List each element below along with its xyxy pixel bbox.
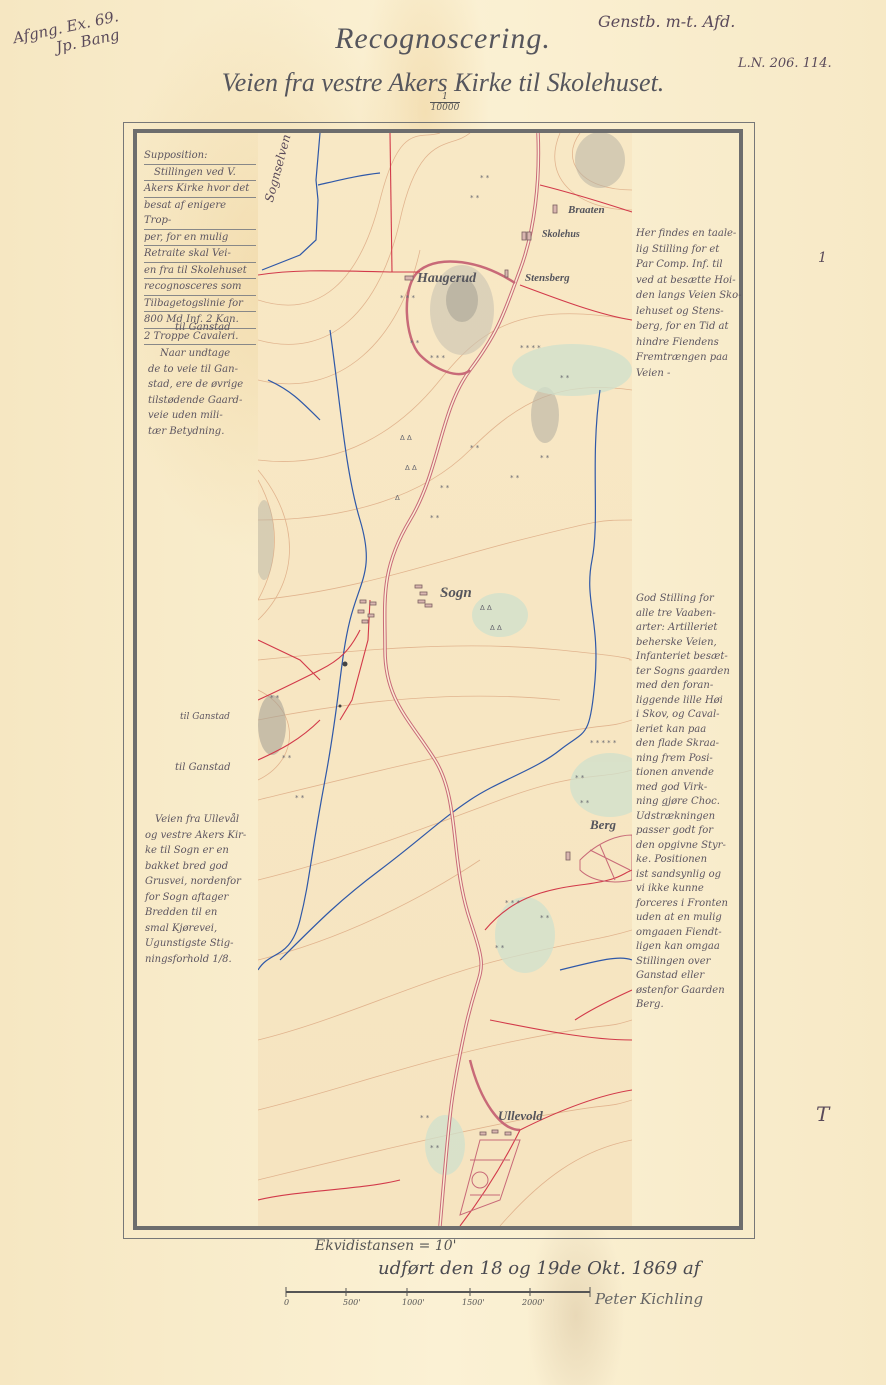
- note-line: ning gjøre Choc.: [636, 795, 742, 810]
- note-line: Par Comp. Inf. til: [636, 257, 742, 273]
- note-line: Bredden til en: [145, 905, 257, 921]
- svg-text:ᐃ ᐃ: ᐃ ᐃ: [480, 604, 492, 612]
- svg-text:ᐃ: ᐃ: [395, 494, 400, 502]
- rivers: [258, 133, 632, 970]
- note-line: lig Stilling for et: [636, 242, 742, 258]
- position-note-sogn: God Stilling for alle tre Vaaben- arter:…: [636, 592, 742, 1013]
- surveyor-signature: Peter Kichling: [595, 1290, 703, 1308]
- note-line: ved at besætte Hoi-: [636, 273, 742, 289]
- note-line: den langs Veien Sko-: [636, 288, 742, 304]
- note-line: Stillingen ved V.: [144, 165, 256, 182]
- note-line: den opgivne Styr-: [636, 839, 742, 854]
- svg-text:* *: * *: [510, 474, 520, 482]
- svg-text:ᐃ ᐃ: ᐃ ᐃ: [405, 464, 417, 472]
- note-line: tionen anvende: [636, 766, 742, 781]
- note-line: Fremtrængen paa: [636, 350, 742, 366]
- note-line: Ganstad eller: [636, 969, 742, 984]
- position-note-stensberg: Her findes en taale- lig Stilling for et…: [636, 226, 742, 381]
- place-label-sogn: Sogn: [440, 585, 472, 602]
- svg-text:* *: * *: [430, 514, 440, 522]
- note-line: uden at en mulig: [636, 911, 742, 926]
- svg-text:ᐃ ᐃ: ᐃ ᐃ: [490, 624, 502, 632]
- note-line: alle tre Vaaben-: [636, 607, 742, 622]
- note-line: vi ikke kunne: [636, 882, 742, 897]
- note-line: forceres i Fronten: [636, 897, 742, 912]
- ullevold-garden: [460, 1140, 520, 1215]
- note-line: Her findes en taale-: [636, 226, 742, 242]
- note-line: smal Kjørevei,: [145, 921, 257, 937]
- svg-text:* *: * *: [560, 374, 570, 382]
- supposition-note: Supposition: Stillingen ved V. Akers Kir…: [144, 148, 256, 345]
- svg-text:* *: * *: [282, 754, 292, 762]
- scale-tick-0: 0: [284, 1298, 289, 1307]
- note-line: ningsforhold 1/8.: [145, 952, 257, 968]
- note-line: Berg.: [636, 998, 742, 1013]
- note-line: Grusvei, nordenfor: [145, 874, 257, 890]
- landmark-dot: [339, 705, 342, 708]
- note-line: østenfor Gaarden: [636, 984, 742, 999]
- svg-text:* * * * *: * * * * *: [590, 739, 617, 747]
- svg-text:* * * *: * * * *: [520, 344, 541, 352]
- svg-text:* * *: * * *: [430, 354, 445, 362]
- svg-text:* *: * *: [430, 1144, 440, 1152]
- note-line: ligen kan omgaa: [636, 940, 742, 955]
- note-line: tilstødende Gaard-: [148, 393, 258, 409]
- note-line: passer godt for: [636, 824, 742, 839]
- note-line: stad, ere de øvrige: [148, 377, 258, 393]
- svg-text:* * *: * * *: [505, 899, 520, 907]
- scale-tick-1000: 1000': [402, 1298, 425, 1307]
- map-drawing: * * ** ** * * * ** * * * * ** * * ** ** …: [0, 0, 886, 1385]
- note-line: den flade Skraa-: [636, 737, 742, 752]
- note-line: bakket bred god: [145, 859, 257, 875]
- note-line: ist sandsynlig og: [636, 868, 742, 883]
- note-line: Retraite skal Vei-: [144, 246, 256, 263]
- place-label-stensberg: Stensberg: [525, 272, 570, 284]
- margin-mark: 1: [818, 250, 827, 266]
- note-line: ning frem Posi-: [636, 752, 742, 767]
- svg-text:* *: * *: [420, 1114, 430, 1122]
- marsh-areas: [425, 344, 650, 1175]
- svg-text:ᐃ ᐃ: ᐃ ᐃ: [400, 434, 412, 442]
- place-label-braaten: Braaten: [568, 204, 605, 216]
- side-roads: [407, 261, 520, 1130]
- margin-mark: T: [816, 1102, 829, 1126]
- svg-text:* *: * *: [495, 944, 505, 952]
- survey-date: udført den 18 og 19de Okt. 1869 af: [378, 1258, 700, 1279]
- road-label-til-ganstad-1: til Ganstad: [175, 320, 231, 336]
- note-line: Udstrækningen: [636, 810, 742, 825]
- svg-text:* *: * *: [480, 174, 490, 182]
- svg-text:* *: * *: [440, 484, 450, 492]
- svg-text:* *: * *: [295, 794, 305, 802]
- landmark-dot: [343, 662, 348, 667]
- scale-tick-2000: 2000': [522, 1298, 545, 1307]
- place-label-ullevold: Ullevold: [498, 1108, 543, 1124]
- note-line: veie uden mili-: [148, 408, 258, 424]
- road-description-note: Veien fra Ullevål og vestre Akers Kir- k…: [145, 812, 257, 967]
- note-line: leriet kan paa: [636, 723, 742, 738]
- road-label-til-ganstad-3: til Ganstad: [175, 760, 231, 776]
- note-line: recognosceres som: [144, 279, 256, 296]
- note-line: liggende lille Høi: [636, 694, 742, 709]
- note-line: Stillingen over: [636, 955, 742, 970]
- note-line: lehuset og Stens-: [636, 304, 742, 320]
- svg-text:* *: * *: [470, 194, 480, 202]
- note-line: Naar undtage: [148, 346, 258, 362]
- note-line: en fra til Skolehuset: [144, 263, 256, 280]
- place-label-berg: Berg: [590, 817, 616, 833]
- note-line: for Sogn aftager: [145, 890, 257, 906]
- note-line: de to veie til Gan-: [148, 362, 258, 378]
- note-line: med god Virk-: [636, 781, 742, 796]
- scale-tick-1500: 1500': [462, 1298, 485, 1307]
- scale-tick-500: 500': [343, 1298, 360, 1307]
- svg-text:* *: * *: [540, 914, 550, 922]
- note-line: beherske Veien,: [636, 636, 742, 651]
- road-label-til-ganstad-2: til Ganstad: [180, 710, 230, 726]
- note-line: Veien fra Ullevål: [145, 812, 257, 828]
- note-line: Tilbagetogslinie for: [144, 296, 256, 313]
- note-line: Ugunstigste Stig-: [145, 936, 257, 952]
- svg-text:* *: * *: [470, 444, 480, 452]
- note-line: ter Sogns gaarden: [636, 665, 742, 680]
- note-line: arter: Artilleriet: [636, 621, 742, 636]
- note-line: hindre Fiendens: [636, 335, 742, 351]
- note-line: og vestre Akers Kir-: [145, 828, 257, 844]
- note-line: per, for en mulig: [144, 230, 256, 247]
- supposition-heading: Supposition:: [144, 148, 256, 165]
- svg-text:* *: * *: [410, 339, 420, 347]
- note-line: i Skov, og Caval-: [636, 708, 742, 723]
- note-line: Veien -: [636, 366, 742, 382]
- note-line: omgaaen Fiendt-: [636, 926, 742, 941]
- note-line: besat af enigere Trop-: [144, 198, 256, 230]
- svg-text:* *: * *: [575, 774, 585, 782]
- note-line: God Stilling for: [636, 592, 742, 607]
- berg-garden: [580, 835, 632, 882]
- note-line: berg, for en Tid at: [636, 319, 742, 335]
- svg-text:* *: * *: [270, 694, 280, 702]
- note-line: ke. Positionen: [636, 853, 742, 868]
- svg-text:* *: * *: [580, 799, 590, 807]
- note-line: med den foran-: [636, 679, 742, 694]
- svg-text:* * *: * * *: [400, 294, 415, 302]
- road-significance-note: Naar undtage de to veie til Gan- stad, e…: [148, 346, 258, 439]
- svg-text:* *: * *: [540, 454, 550, 462]
- note-line: Infanteriet besæt-: [636, 650, 742, 665]
- note-line: Akers Kirke hvor det: [144, 181, 256, 198]
- note-line: ke til Sogn er en: [145, 843, 257, 859]
- place-label-haugerud: Haugerud: [417, 271, 476, 287]
- place-label-skolehus: Skolehus: [542, 229, 580, 240]
- equidistance-label: Ekvidistansen = 10': [315, 1238, 456, 1254]
- note-line: tær Betydning.: [148, 424, 258, 440]
